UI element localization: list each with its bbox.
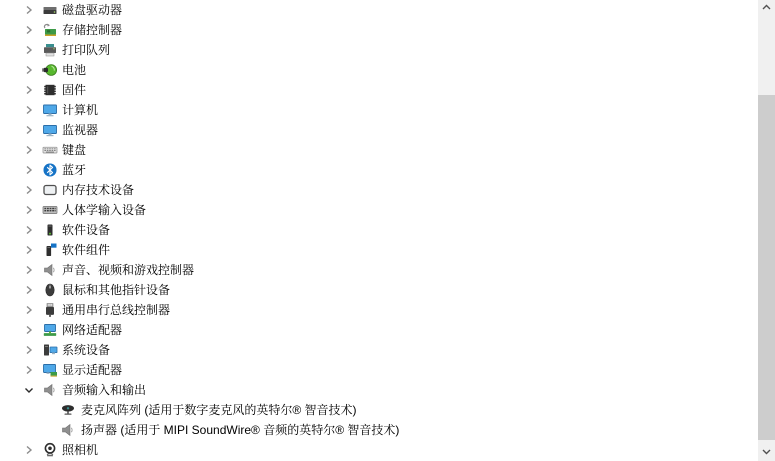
hid-keyboard-icon (42, 202, 58, 218)
chevron-right-icon[interactable] (21, 42, 37, 58)
display-adapter-icon (42, 362, 58, 378)
tree-item-software-components[interactable]: 软件组件 (0, 240, 758, 260)
tree-item-system-devices[interactable]: 系统设备 (0, 340, 758, 360)
scrollbar-thumb[interactable] (758, 95, 775, 440)
chevron-right-icon[interactable] (21, 202, 37, 218)
battery-icon (42, 62, 58, 78)
tree-item-software-devices[interactable]: 软件设备 (0, 220, 758, 240)
tree-item-display-adapters[interactable]: 显示适配器 (0, 360, 758, 380)
tree-item-label: 网络适配器 (62, 320, 122, 340)
vertical-scrollbar[interactable] (758, 0, 775, 461)
tree-item-print-queues[interactable]: 打印队列 (0, 40, 758, 60)
tree-item-mice-pointing-devices[interactable]: 鼠标和其他指针设备 (0, 280, 758, 300)
tree-item-audio-inputs-outputs[interactable]: 音频输入和输出 (0, 380, 758, 400)
chevron-right-icon[interactable] (21, 2, 37, 18)
tree-item-label: 键盘 (62, 140, 86, 160)
tree-item-label: 软件组件 (62, 240, 110, 260)
tree-item-label: 固件 (62, 80, 86, 100)
chevron-right-icon[interactable] (21, 242, 37, 258)
scroll-up-button[interactable] (758, 0, 775, 17)
chevron-right-icon[interactable] (21, 442, 37, 458)
chevron-right-icon[interactable] (21, 342, 37, 358)
tree-item-bluetooth[interactable]: 蓝牙 (0, 160, 758, 180)
tree-item-network-adapters[interactable]: 网络适配器 (0, 320, 758, 340)
tree-item-label: 鼠标和其他指针设备 (62, 280, 170, 300)
disk-drive-icon (42, 2, 58, 18)
tree-item-label: 照相机 (62, 440, 98, 460)
software-component-icon (42, 242, 58, 258)
print-queue-icon (42, 42, 58, 58)
storage-controller-icon (42, 22, 58, 38)
chevron-right-icon[interactable] (21, 102, 37, 118)
microphone-array-icon (60, 402, 76, 418)
tree-item-label: 系统设备 (62, 340, 110, 360)
tree-item-label: 电池 (62, 60, 86, 80)
computer-icon (42, 102, 58, 118)
chevron-right-icon[interactable] (21, 162, 37, 178)
chevron-down-icon (761, 444, 772, 461)
chevron-right-icon[interactable] (21, 182, 37, 198)
scroll-down-button[interactable] (758, 444, 775, 461)
tree-item-label: 通用串行总线控制器 (62, 300, 170, 320)
chevron-right-icon[interactable] (21, 62, 37, 78)
chevron-right-icon[interactable] (21, 362, 37, 378)
tree-item-monitors[interactable]: 监视器 (0, 120, 758, 140)
tree-item-label: 音频输入和输出 (62, 380, 146, 400)
speaker-icon (42, 382, 58, 398)
tree-item-label: 软件设备 (62, 220, 110, 240)
chevron-right-icon[interactable] (21, 222, 37, 238)
chevron-right-icon[interactable] (21, 142, 37, 158)
tree-item-storage-controllers[interactable]: 存储控制器 (0, 20, 758, 40)
chevron-up-icon (761, 0, 772, 18)
speaker-icon (60, 422, 76, 438)
mouse-icon (42, 282, 58, 298)
tree-item-keyboards[interactable]: 键盘 (0, 140, 758, 160)
memory-card-icon (42, 182, 58, 198)
tree-item-label: 计算机 (62, 100, 98, 120)
chevron-down-icon[interactable] (21, 382, 37, 398)
device-tree: 磁盘驱动器 存储控制器 打印队列 电池 固件 计算机 监视器 键 (0, 0, 758, 461)
tree-item-label: 人体学输入设备 (62, 200, 146, 220)
tree-item-disk-drives[interactable]: 磁盘驱动器 (0, 0, 758, 20)
system-device-icon (42, 342, 58, 358)
tree-item-label: 内存技术设备 (62, 180, 134, 200)
tree-item-firmware[interactable]: 固件 (0, 80, 758, 100)
chevron-right-icon[interactable] (21, 302, 37, 318)
tree-item-usb-controllers[interactable]: 通用串行总线控制器 (0, 300, 758, 320)
tree-item-label: 声音、视频和游戏控制器 (62, 260, 194, 280)
network-adapter-icon (42, 322, 58, 338)
tree-item-label: 显示适配器 (62, 360, 122, 380)
chevron-right-icon[interactable] (21, 262, 37, 278)
tree-item-computer[interactable]: 计算机 (0, 100, 758, 120)
usb-icon (42, 302, 58, 318)
tree-item-label: 打印队列 (62, 40, 110, 60)
tree-item-speakers[interactable]: 扬声器 (适用于 MIPI SoundWire® 音频的英特尔® 智音技术) (0, 420, 758, 440)
tree-item-label: 磁盘驱动器 (62, 0, 122, 20)
chevron-right-icon[interactable] (21, 282, 37, 298)
firmware-chip-icon (42, 82, 58, 98)
speaker-icon (42, 262, 58, 278)
tree-item-memory-technology-devices[interactable]: 内存技术设备 (0, 180, 758, 200)
chevron-right-icon[interactable] (21, 22, 37, 38)
chevron-right-icon[interactable] (21, 122, 37, 138)
tree-item-label: 存储控制器 (62, 20, 122, 40)
tree-item-human-interface-devices[interactable]: 人体学输入设备 (0, 200, 758, 220)
tree-item-label: 蓝牙 (62, 160, 86, 180)
chevron-right-icon[interactable] (21, 322, 37, 338)
tree-item-label: 扬声器 (适用于 MIPI SoundWire® 音频的英特尔® 智音技术) (81, 420, 399, 440)
tree-item-label: 监视器 (62, 120, 98, 140)
software-device-icon (42, 222, 58, 238)
tree-item-label: 麦克风阵列 (适用于数字麦克风的英特尔® 智音技术) (81, 400, 357, 420)
camera-icon (42, 442, 58, 458)
keyboard-icon (42, 142, 58, 158)
tree-item-batteries[interactable]: 电池 (0, 60, 758, 80)
tree-item-cameras[interactable]: 照相机 (0, 440, 758, 460)
bluetooth-icon (42, 162, 58, 178)
tree-item-microphone-array[interactable]: 麦克风阵列 (适用于数字麦克风的英特尔® 智音技术) (0, 400, 758, 420)
chevron-right-icon[interactable] (21, 82, 37, 98)
monitor-icon (42, 122, 58, 138)
tree-item-sound-video-game-controllers[interactable]: 声音、视频和游戏控制器 (0, 260, 758, 280)
